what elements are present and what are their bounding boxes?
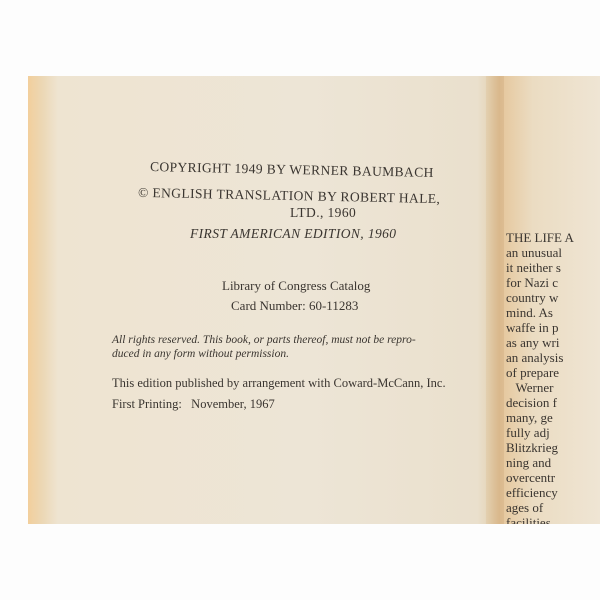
translation-line: © ENGLISH TRANSLATION BY ROBERT HALE, bbox=[138, 185, 441, 207]
card-number-line: Card Number: 60-11283 bbox=[231, 298, 358, 314]
text-line: THE LIFE A bbox=[506, 230, 574, 246]
text-line: Werner bbox=[506, 380, 553, 396]
copyright-page: COPYRIGHT 1949 BY WERNER BAUMBACH © ENGL… bbox=[28, 76, 496, 524]
loc-catalog-line: Library of Congress Catalog bbox=[222, 278, 370, 294]
text-line: waffe in p bbox=[506, 320, 558, 336]
text-line: ning and bbox=[506, 455, 551, 471]
text-line: an analysis bbox=[506, 350, 563, 366]
text-line: ages of bbox=[506, 500, 543, 516]
text-line: Blitzkrieg bbox=[506, 440, 558, 456]
text-line: efficiency bbox=[506, 485, 558, 501]
translation-line-2: LTD., 1960 bbox=[290, 205, 356, 221]
copyright-line: COPYRIGHT 1949 BY WERNER BAUMBACH bbox=[150, 159, 434, 181]
text-line: decision f bbox=[506, 395, 557, 411]
text-line: for Nazi c bbox=[506, 275, 558, 291]
text-line: country w bbox=[506, 290, 558, 306]
rights-line-2: duced in any form without permission. bbox=[112, 348, 289, 360]
text-line: as any wri bbox=[506, 335, 559, 351]
text-line: many, ge bbox=[506, 410, 553, 426]
facing-page: THE LIFE A an unusual it neither s for N… bbox=[504, 76, 600, 524]
first-printing-line: First Printing: November, 1967 bbox=[112, 397, 275, 412]
open-book: COPYRIGHT 1949 BY WERNER BAUMBACH © ENGL… bbox=[28, 76, 600, 524]
text-line: of prepare bbox=[506, 365, 559, 381]
text-line: mind. As bbox=[506, 305, 553, 321]
rights-line-1: All rights reserved. This book, or parts… bbox=[112, 334, 416, 346]
text-line: fully adj bbox=[506, 425, 550, 441]
text-line: overcentr bbox=[506, 470, 555, 486]
text-line: facilities bbox=[506, 515, 551, 524]
text-line: an unusual bbox=[506, 245, 562, 261]
text-line: it neither s bbox=[506, 260, 561, 276]
edition-line: FIRST AMERICAN EDITION, 1960 bbox=[190, 226, 396, 242]
arrangement-line: This edition published by arrangement wi… bbox=[112, 376, 446, 391]
